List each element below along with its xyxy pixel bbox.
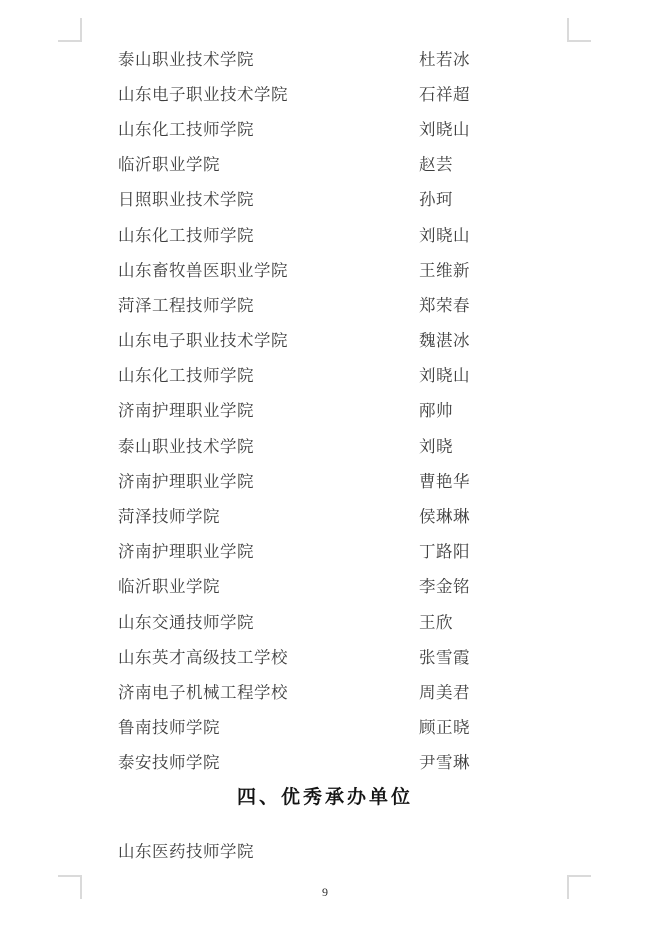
award-row: 山东化工技师学院 刘晓山 [0, 216, 650, 251]
person-name-cell: 邴帅 [419, 397, 453, 421]
award-row: 菏泽技师学院 侯琳琳 [0, 497, 650, 532]
award-row: 山东畜牧兽医职业学院 王维新 [0, 251, 650, 286]
award-row: 临沂职业学院 赵芸 [0, 146, 650, 181]
award-row: 山东交通技师学院 王欣 [0, 603, 650, 638]
school-cell: 山东化工技师学院 [118, 222, 254, 246]
person-name-cell: 刘晓 [419, 433, 453, 457]
award-row: 济南护理职业学院 丁路阳 [0, 533, 650, 568]
school-cell: 泰安技师学院 [118, 749, 220, 773]
person-name-cell: 侯琳琳 [419, 503, 470, 527]
awards-list: 泰山职业技术学院 杜若冰 山东电子职业技术学院 石祥超 山东化工技师学院 刘晓山… [0, 40, 650, 779]
person-name-cell: 丁路阳 [419, 538, 470, 562]
award-row: 济南电子机械工程学校 周美君 [0, 673, 650, 708]
person-name-cell: 杜若冰 [419, 46, 470, 70]
person-name-cell: 尹雪琳 [419, 749, 470, 773]
person-name-cell: 顾正晓 [419, 714, 470, 738]
school-cell: 泰山职业技术学院 [118, 46, 254, 70]
school-cell: 济南护理职业学院 [118, 397, 254, 421]
school-cell: 鲁南技师学院 [118, 714, 220, 738]
person-name-cell: 郑荣春 [419, 292, 470, 316]
crop-mark-top-left-icon [58, 18, 82, 42]
school-cell: 山东畜牧兽医职业学院 [118, 257, 288, 281]
person-name-cell: 曹艳华 [419, 468, 470, 492]
school-cell: 济南电子机械工程学校 [118, 679, 288, 703]
host-units-list: 山东医药技师学院 [118, 838, 254, 860]
person-name-cell: 张雪霞 [419, 644, 470, 668]
school-cell: 山东英才高级技工学校 [118, 644, 288, 668]
school-cell: 临沂职业学院 [118, 151, 220, 175]
crop-mark-top-right-icon [567, 18, 591, 42]
person-name-cell: 石祥超 [419, 81, 470, 105]
person-name-cell: 王欣 [419, 609, 453, 633]
award-row: 山东电子职业技术学院 魏湛冰 [0, 322, 650, 357]
school-cell: 日照职业技术学院 [118, 186, 254, 210]
award-row: 泰山职业技术学院 杜若冰 [0, 40, 650, 75]
host-unit-item: 山东医药技师学院 [118, 838, 254, 860]
award-row: 山东化工技师学院 刘晓山 [0, 357, 650, 392]
award-row: 菏泽工程技师学院 郑荣春 [0, 286, 650, 321]
person-name-cell: 赵芸 [419, 151, 453, 175]
award-row: 济南护理职业学院 邴帅 [0, 392, 650, 427]
school-cell: 菏泽技师学院 [118, 503, 220, 527]
school-cell: 山东电子职业技术学院 [118, 327, 288, 351]
person-name-cell: 刘晓山 [419, 116, 470, 140]
person-name-cell: 孙珂 [419, 186, 453, 210]
school-cell: 山东化工技师学院 [118, 116, 254, 140]
award-row: 山东英才高级技工学校 张雪霞 [0, 638, 650, 673]
person-name-cell: 周美君 [419, 679, 470, 703]
page-number: 9 [0, 885, 650, 900]
person-name-cell: 王维新 [419, 257, 470, 281]
school-cell: 山东化工技师学院 [118, 362, 254, 386]
award-row: 山东化工技师学院 刘晓山 [0, 110, 650, 145]
award-row: 济南护理职业学院 曹艳华 [0, 462, 650, 497]
school-cell: 济南护理职业学院 [118, 538, 254, 562]
award-row: 日照职业技术学院 孙珂 [0, 181, 650, 216]
award-row: 临沂职业学院 李金铭 [0, 568, 650, 603]
document-page: 泰山职业技术学院 杜若冰 山东电子职业技术学院 石祥超 山东化工技师学院 刘晓山… [0, 0, 650, 931]
award-row: 泰安技师学院 尹雪琳 [0, 744, 650, 779]
school-cell: 山东交通技师学院 [118, 609, 254, 633]
school-cell: 菏泽工程技师学院 [118, 292, 254, 316]
section-heading: 四、优秀承办单位 [0, 787, 650, 809]
person-name-cell: 刘晓山 [419, 362, 470, 386]
person-name-cell: 李金铭 [419, 573, 470, 597]
person-name-cell: 魏湛冰 [419, 327, 470, 351]
award-row: 山东电子职业技术学院 石祥超 [0, 75, 650, 110]
award-row: 泰山职业技术学院 刘晓 [0, 427, 650, 462]
award-row: 鲁南技师学院 顾正晓 [0, 709, 650, 744]
school-cell: 泰山职业技术学院 [118, 433, 254, 457]
person-name-cell: 刘晓山 [419, 222, 470, 246]
school-cell: 济南护理职业学院 [118, 468, 254, 492]
school-cell: 临沂职业学院 [118, 573, 220, 597]
school-cell: 山东电子职业技术学院 [118, 81, 288, 105]
